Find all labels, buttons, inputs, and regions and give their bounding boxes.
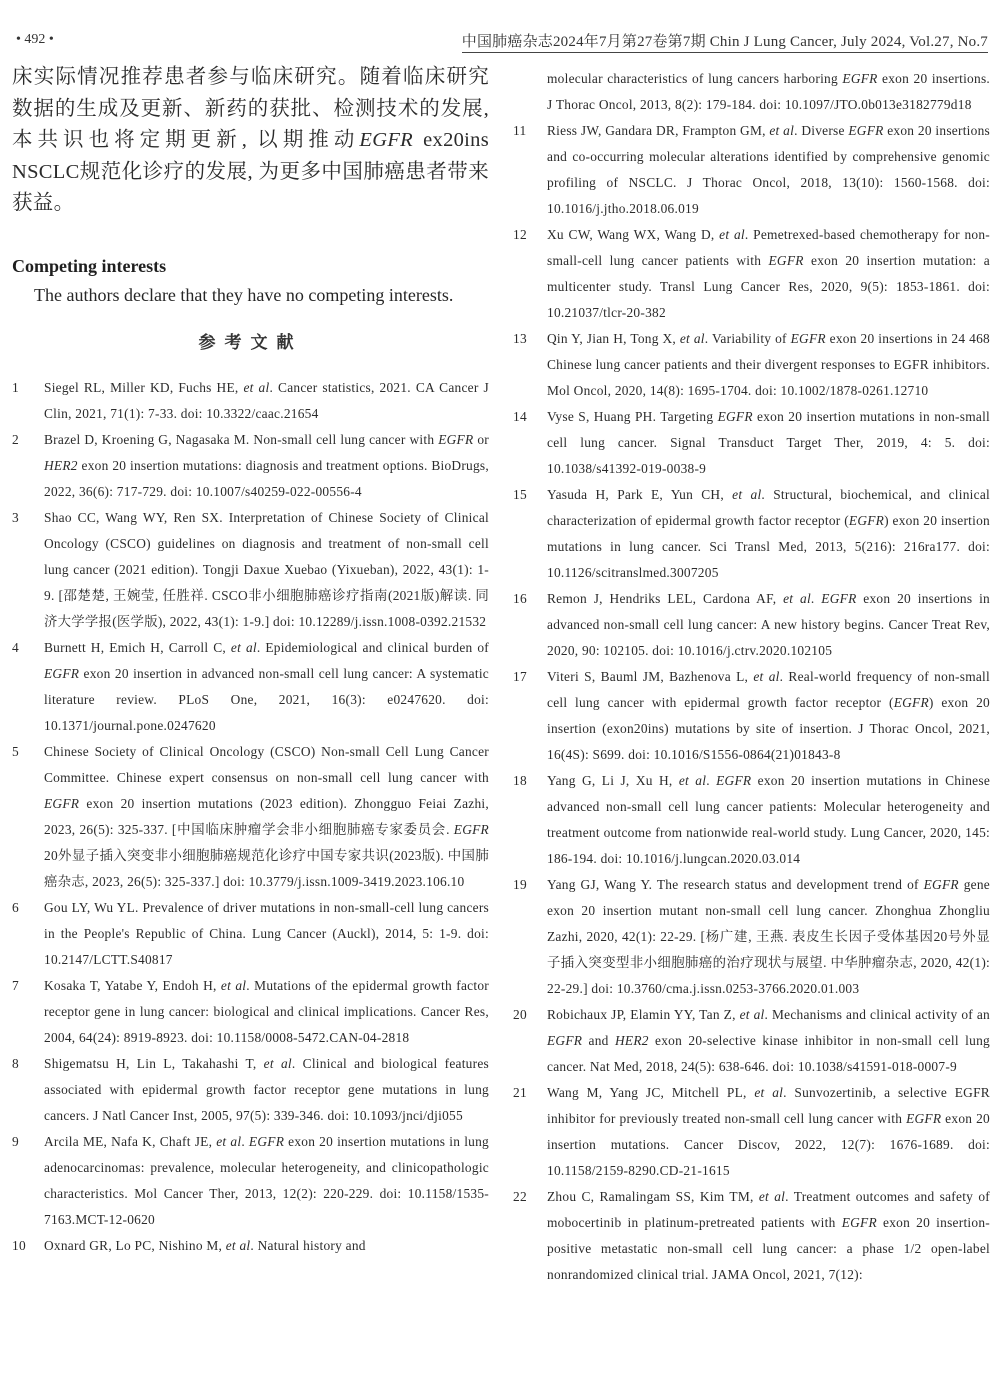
reference-number: 16 [513, 586, 541, 612]
reference-text: Viteri S, Bauml JM, Bazhenova L, et al. … [547, 669, 990, 762]
reference-item: molecular characteristics of lung cancer… [513, 66, 990, 118]
left-column: 床实际情况推荐患者参与临床研究。随着临床研究数据的生成及更新、新药的获批、检测技… [12, 62, 489, 1259]
reference-text: Vyse S, Huang PH. Targeting EGFR exon 20… [547, 409, 990, 476]
reference-item: 3Shao CC, Wang WY, Ren SX. Interpretatio… [12, 505, 489, 635]
reference-item: 5Chinese Society of Clinical Oncology (C… [12, 739, 489, 895]
reference-number: 19 [513, 872, 541, 898]
reference-text: Arcila ME, Nafa K, Chaft JE, et al. EGFR… [44, 1134, 489, 1227]
journal-running-title: 中国肺癌杂志2024年7月第27卷第7期 Chin J Lung Cancer,… [462, 30, 988, 53]
reference-number: 21 [513, 1080, 541, 1106]
reference-number: 17 [513, 664, 541, 690]
reference-number: 9 [12, 1129, 40, 1155]
page-number: • 492 • [16, 32, 54, 48]
reference-text: Kosaka T, Yatabe Y, Endoh H, et al. Muta… [44, 978, 489, 1045]
reference-item: 18Yang G, Li J, Xu H, et al. EGFR exon 2… [513, 768, 990, 872]
reference-text: Riess JW, Gandara DR, Frampton GM, et al… [547, 123, 990, 216]
reference-list-right: molecular characteristics of lung cancer… [513, 66, 990, 1288]
reference-number: 8 [12, 1051, 40, 1077]
reference-item: 15Yasuda H, Park E, Yun CH, et al. Struc… [513, 482, 990, 586]
reference-text: Remon J, Hendriks LEL, Cardona AF, et al… [547, 591, 990, 658]
reference-text: Brazel D, Kroening G, Nagasaka M. Non-sm… [44, 432, 489, 499]
reference-text: Shao CC, Wang WY, Ren SX. Interpretation… [44, 510, 489, 629]
reference-text: Robichaux JP, Elamin YY, Tan Z, et al. M… [547, 1007, 990, 1074]
reference-item: 1Siegel RL, Miller KD, Fuchs HE, et al. … [12, 375, 489, 427]
reference-number: 13 [513, 326, 541, 352]
reference-number: 2 [12, 427, 40, 453]
reference-item: 9Arcila ME, Nafa K, Chaft JE, et al. EGF… [12, 1129, 489, 1233]
page-header: • 492 • 中国肺癌杂志2024年7月第27卷第7期 Chin J Lung… [12, 28, 988, 50]
reference-number: 5 [12, 739, 40, 765]
reference-item: 17Viteri S, Bauml JM, Bazhenova L, et al… [513, 664, 990, 768]
reference-item: 21Wang M, Yang JC, Mitchell PL, et al. S… [513, 1080, 990, 1184]
reference-number: 15 [513, 482, 541, 508]
reference-text: Chinese Society of Clinical Oncology (CS… [44, 744, 489, 889]
reference-text: Xu CW, Wang WX, Wang D, et al. Pemetrexe… [547, 227, 990, 320]
reference-text: Wang M, Yang JC, Mitchell PL, et al. Sun… [547, 1085, 990, 1178]
reference-item: 4Burnett H, Emich H, Carroll C, et al. E… [12, 635, 489, 739]
reference-item: 10Oxnard GR, Lo PC, Nishino M, et al. Na… [12, 1233, 489, 1259]
reference-number: 6 [12, 895, 40, 921]
reference-item: 11Riess JW, Gandara DR, Frampton GM, et … [513, 118, 990, 222]
right-column: molecular characteristics of lung cancer… [513, 66, 990, 1288]
reference-number: 20 [513, 1002, 541, 1028]
reference-text: Burnett H, Emich H, Carroll C, et al. Ep… [44, 640, 489, 733]
reference-number: 12 [513, 222, 541, 248]
reference-number: 3 [12, 505, 40, 531]
competing-interests-heading: Competing interests [12, 256, 489, 277]
reference-text: Oxnard GR, Lo PC, Nishino M, et al. Natu… [44, 1238, 366, 1253]
reference-number: 4 [12, 635, 40, 661]
reference-number: 18 [513, 768, 541, 794]
reference-text: molecular characteristics of lung cancer… [547, 71, 990, 112]
reference-text: Qin Y, Jian H, Tong X, et al. Variabilit… [547, 331, 990, 398]
competing-interests-text: The authors declare that they have no co… [12, 285, 489, 306]
intro-paragraph: 床实际情况推荐患者参与临床研究。随着临床研究数据的生成及更新、新药的获批、检测技… [12, 62, 489, 220]
reference-item: 20Robichaux JP, Elamin YY, Tan Z, et al.… [513, 1002, 990, 1080]
reference-number: 11 [513, 118, 541, 144]
reference-text: Yang G, Li J, Xu H, et al. EGFR exon 20 … [547, 773, 990, 866]
reference-number: 10 [12, 1233, 40, 1259]
reference-item: 16Remon J, Hendriks LEL, Cardona AF, et … [513, 586, 990, 664]
reference-item: 7Kosaka T, Yatabe Y, Endoh H, et al. Mut… [12, 973, 489, 1051]
reference-item: 8Shigematsu H, Lin L, Takahashi T, et al… [12, 1051, 489, 1129]
reference-item: 2Brazel D, Kroening G, Nagasaka M. Non-s… [12, 427, 489, 505]
references-title: 参考文献 [12, 328, 489, 353]
reference-number: 22 [513, 1184, 541, 1210]
reference-item: 14Vyse S, Huang PH. Targeting EGFR exon … [513, 404, 990, 482]
reference-list-left: 1Siegel RL, Miller KD, Fuchs HE, et al. … [12, 375, 489, 1259]
reference-item: 13Qin Y, Jian H, Tong X, et al. Variabil… [513, 326, 990, 404]
reference-item: 6Gou LY, Wu YL. Prevalence of driver mut… [12, 895, 489, 973]
reference-item: 12Xu CW, Wang WX, Wang D, et al. Pemetre… [513, 222, 990, 326]
reference-text: Gou LY, Wu YL. Prevalence of driver muta… [44, 900, 489, 967]
reference-text: Siegel RL, Miller KD, Fuchs HE, et al. C… [44, 380, 489, 421]
reference-text: Yang GJ, Wang Y. The research status and… [547, 877, 990, 996]
reference-text: Yasuda H, Park E, Yun CH, et al. Structu… [547, 487, 990, 580]
reference-item: 22Zhou C, Ramalingam SS, Kim TM, et al. … [513, 1184, 990, 1288]
reference-text: Zhou C, Ramalingam SS, Kim TM, et al. Tr… [547, 1189, 990, 1282]
reference-item: 19Yang GJ, Wang Y. The research status a… [513, 872, 990, 1002]
reference-text: Shigematsu H, Lin L, Takahashi T, et al.… [44, 1056, 489, 1123]
reference-number: 1 [12, 375, 40, 401]
reference-number: 14 [513, 404, 541, 430]
reference-number: 7 [12, 973, 40, 999]
